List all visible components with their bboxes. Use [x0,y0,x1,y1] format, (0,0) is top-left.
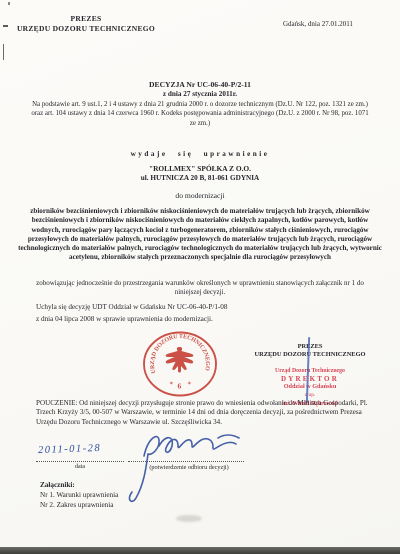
decision-date-line: z dnia 27 stycznia 2011r. [0,90,400,98]
purpose-line: do modernizacji [0,191,400,200]
legal-basis: Na podstawie art. 9 ust.1, 2 i 4 ustawy … [30,100,370,128]
stamp-org: Urząd Dozoru Technicznego [245,368,375,374]
signatory-org: URZĘDU DOZORU TECHNICZNEGO [240,351,380,359]
stamp-by: z up. [245,392,375,398]
revocation-line-2: z dnia 04 lipca 2008 w sprawie uprawnien… [36,315,213,323]
signatory-block: PREZES URZĘDU DOZORU TECHNICZNEGO [240,343,380,359]
letterhead-title: PREZES [14,14,158,24]
stamp-branch: Oddział w Gdańsku [245,383,375,390]
seal-eagle-icon [166,347,194,373]
date-label: data [36,464,124,470]
signature-label: (potwierdzenie odbioru decyzji) [118,464,260,471]
scan-smudge [176,515,202,522]
obligation-paragraph: zobowiązując jednocześnie do przestrzega… [30,279,370,298]
scan-artifact-line [3,44,4,60]
signature-dotted-line [128,461,244,462]
scan-artifact-dot [8,2,10,5]
scan-edge-bar [0,547,400,554]
scope-paragraph: zbiorników bezciśnieniowych i zbiorników… [18,207,382,263]
document-page: PREZES URZĘDU DOZORU TECHNICZNEGO Gdańsk… [0,0,400,554]
attachments-heading: Załączniki: [40,481,75,489]
scan-artifact-dash [3,25,8,27]
decision-title: DECYZJA Nr UC-06-40-P/2-11 [0,80,400,89]
seal-star-left: ✶ [169,380,174,387]
letterhead-org: URZĘDU DOZORU TECHNICZNEGO [14,24,158,34]
date-dotted-line [36,461,124,462]
company-address: ul. HUTNICZA 20 B, 81-061 GDYNIA [0,174,400,182]
attachment-item-2: Nr 2. Zakres uprawnienia [40,501,113,509]
grant-phrase: wydaje się uprawnienie [0,150,400,158]
place-and-date: Gdańsk, dnia 27.01.2011 [283,20,353,28]
handwritten-date: 2011-01-28 [38,443,102,456]
signatory-title: PREZES [240,343,380,351]
letterhead: PREZES URZĘDU DOZORU TECHNICZNEGO [14,14,158,34]
attachment-item-1: Nr 1. Warunki uprawnienia [40,491,118,499]
stamp-role: DYREKTOR [245,375,375,383]
official-round-seal: URZĄD DOZORU TECHNICZNEGO ✶ 6 ✶ [138,324,222,408]
company-name: "ROLLMEX" SPÓŁKA Z O.O. [0,164,400,173]
seal-number: 6 [178,382,182,391]
seal-star-right: ✶ [187,380,192,387]
revocation-line-1: Uchyla się decyzję UDT Oddział w Gdańsku… [36,303,228,311]
